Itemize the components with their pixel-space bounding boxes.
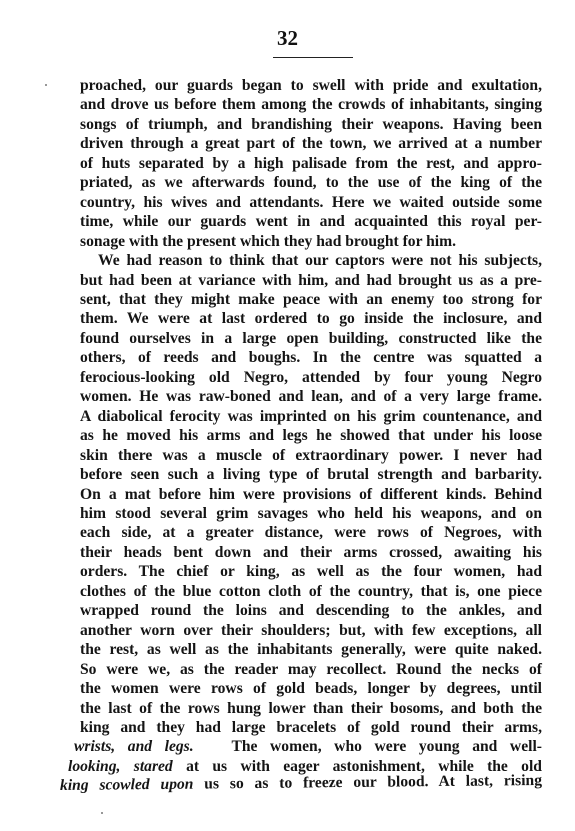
text-line: others, of reeds and boughs. In the cent…: [80, 348, 542, 367]
text-line: So were we, as the reader may recollect.…: [80, 660, 542, 679]
body-text: proached, our guards began to swell with…: [80, 76, 542, 796]
page-number: 32: [0, 26, 575, 51]
text-line: king and they had large bracelets of gol…: [80, 718, 542, 737]
text-line: sent, that they might make peace with an…: [80, 290, 542, 309]
text-line: A diabolical ferocity was imprinted on h…: [80, 407, 542, 426]
text-line: the rest, as well as the inhabitants gen…: [80, 640, 542, 659]
text-line: of huts separated by a high palisade fro…: [80, 154, 542, 173]
paragraph-end-line: sonage with the present which they had b…: [80, 232, 542, 251]
text-line: ferocious-looking old Negro, attended by…: [80, 368, 542, 387]
page-number-rule: [273, 57, 353, 58]
text-run: The women, who were young and well-: [231, 738, 542, 755]
text-line: another worn over their shoulders; but, …: [80, 621, 542, 640]
text-line-mixed: wrists, and legs. The women, who were yo…: [74, 737, 542, 756]
italic-run: king scowled upon: [60, 776, 194, 794]
text-line: orders. The chief or king, as well as th…: [80, 562, 542, 581]
text-line: before seen such a living type of brutal…: [80, 465, 542, 484]
text-line: and drove us before them among the crowd…: [80, 95, 542, 114]
text-line: wrapped round the loins and descending t…: [80, 601, 542, 620]
text-line: their heads bent down and their arms cro…: [80, 543, 542, 562]
text-line: found ourselves in a large open building…: [80, 329, 542, 348]
italic-run: looking, stared: [68, 758, 173, 775]
scan-speck: [101, 812, 103, 814]
text-line: country, his wives and attendants. Here …: [80, 193, 542, 212]
text-line: each side, at a greater distance, were r…: [80, 523, 542, 542]
italic-run: wrists, and legs.: [74, 738, 194, 755]
text-line-mixed: king scowled upon us so as to freeze our…: [60, 771, 542, 795]
text-line: but had been at variance with him, and h…: [80, 271, 542, 290]
text-line: the last of the rows hung lower than the…: [80, 699, 542, 718]
text-line: the women were rows of gold beads, longe…: [80, 679, 542, 698]
text-line: proached, our guards began to swell with…: [80, 76, 542, 95]
text-line: songs of triumph, and brandishing their …: [80, 115, 542, 134]
text-line: women. He was raw-boned and lean, and of…: [80, 387, 542, 406]
text-line: him stood several grim savages who held …: [80, 504, 542, 523]
paragraph-start-line: We had reason to think that our captors …: [80, 251, 542, 270]
text-line: driven through a great part of the town,…: [80, 134, 542, 153]
scan-speck: [45, 84, 47, 86]
text-line: as he moved his arms and legs he showed …: [80, 426, 542, 445]
text-line: clothes of the blue cotton cloth of the …: [80, 582, 542, 601]
text-line: skin there was a muscle of extraordinary…: [80, 446, 542, 465]
text-line: them. We were at last ordered to go insi…: [80, 309, 542, 328]
text-run: us so as to freeze our blood. At last, r…: [204, 772, 542, 793]
text-line: time, while our guards went in and acqua…: [80, 212, 542, 231]
text-line: priated, as we afterwards found, to the …: [80, 173, 542, 192]
text-line: On a mat before him were provisions of d…: [80, 485, 542, 504]
